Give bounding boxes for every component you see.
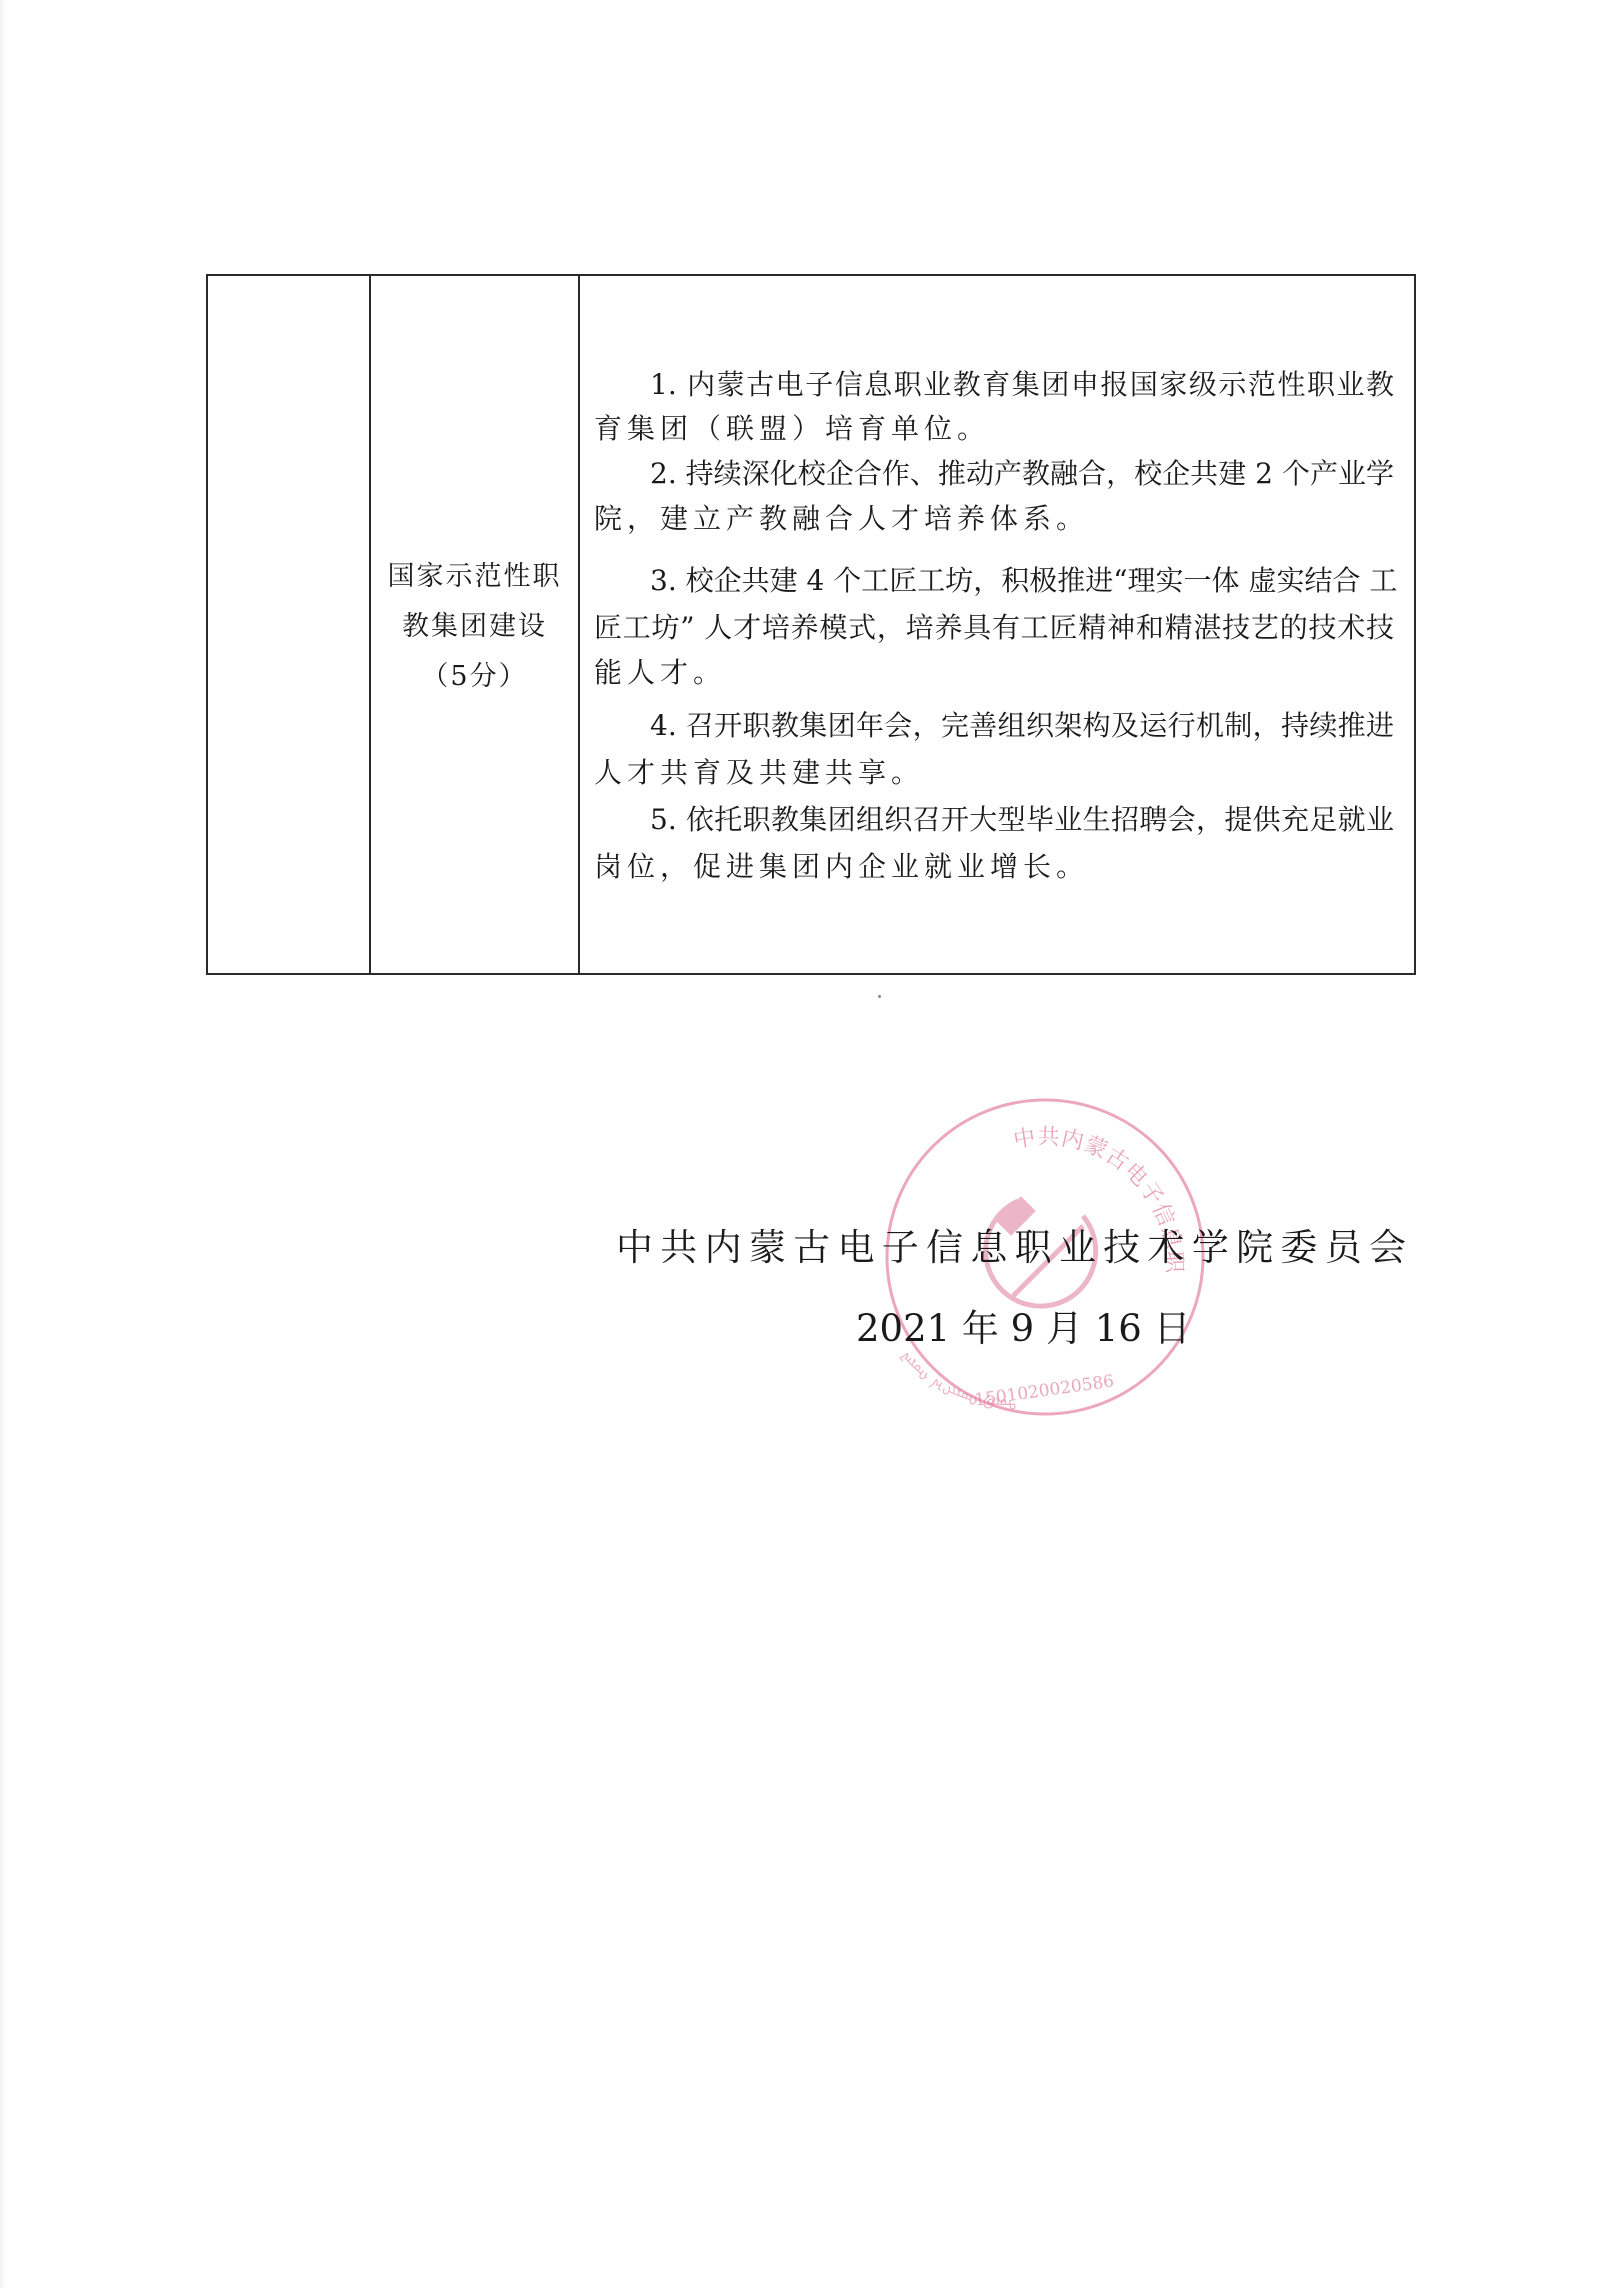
issue-date: 2021 年 9 月 16 日 bbox=[856, 1307, 1186, 1351]
item-label-cell: 国家示范性职 教集团建设 （5分） bbox=[371, 276, 578, 973]
item-label-line: 教集团建设 bbox=[371, 610, 578, 644]
content-line: 1. 内蒙古电子信息职业教育集团申报国家级示范性职业教 bbox=[650, 367, 1394, 403]
item-label-line: 国家示范性职 bbox=[371, 560, 578, 594]
content-line: 4. 召开职教集团年会，完善组织架构及运行机制，持续推进 bbox=[650, 708, 1394, 744]
evaluation-table: 国家示范性职 教集团建设 （5分） 1. 内蒙古电子信息职业教育集团申报国家级示… bbox=[206, 274, 1416, 975]
scan-speck bbox=[878, 995, 881, 998]
scan-edge bbox=[0, 0, 6, 2288]
content-line: 匠工坊” 人才培养模式，培养具有工匠精神和精湛技艺的技术技 bbox=[594, 610, 1394, 646]
content-line: 3. 校企共建 4 个工匠工坊，积极推进“理实一体 虚实结合 工 bbox=[650, 563, 1394, 599]
content-cell: 1. 内蒙古电子信息职业教育集团申报国家级示范性职业教 育集团（联盟）培育单位。… bbox=[578, 276, 1414, 973]
content-line: 2. 持续深化校企合作、推动产教融合，校企共建 2 个产业学 bbox=[650, 456, 1394, 492]
content-line: 育集团（联盟）培育单位。 bbox=[594, 411, 1394, 447]
content-line: 院，建立产教融合人才培养体系。 bbox=[594, 501, 1394, 537]
content-line: 人才共育及共建共享。 bbox=[594, 755, 1394, 791]
content-line: 岗位，促进集团内企业就业增长。 bbox=[594, 849, 1394, 885]
content-line: 5. 依托职教集团组织召开大型毕业生招聘会，提供充足就业 bbox=[650, 802, 1394, 838]
item-label-line: （5分） bbox=[371, 660, 578, 694]
content-line: 能人才。 bbox=[594, 655, 1394, 691]
issuing-organization: 中共内蒙古电子信息职业技术学院委员会 bbox=[616, 1226, 1406, 1270]
